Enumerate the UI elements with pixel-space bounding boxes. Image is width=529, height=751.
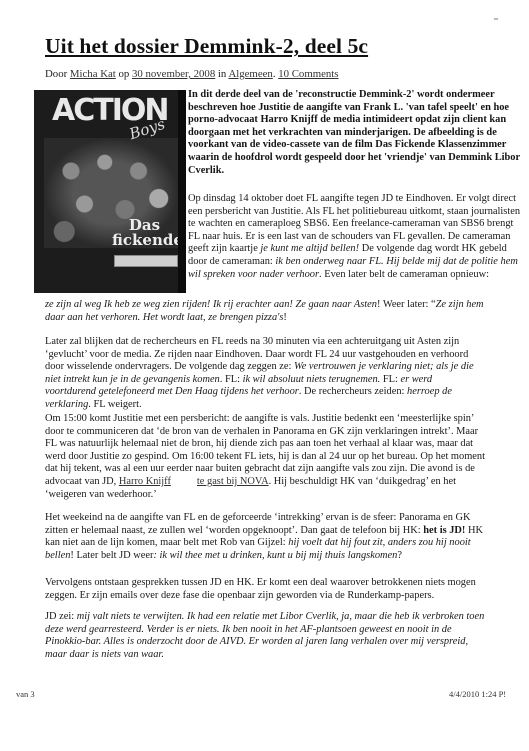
text: . De rechercheurs zeiden: (299, 386, 407, 397)
text: Het weekeind na de aangifte van FL en de… (45, 512, 471, 536)
article-intro: In dit derde deel van de 'reconstructie … (188, 89, 524, 177)
cover-film-title-line2: fickende (112, 233, 177, 248)
cover-banner (114, 255, 178, 267)
meta-op: op (118, 68, 129, 80)
paragraph-6: JD zei: mij valt niets te verwijten. Ik … (45, 611, 485, 661)
quote: : ik wil thee met u drinken, kunt u bij … (153, 550, 397, 561)
quote: ik wil absoluut niets terugnemen. (243, 374, 381, 385)
meta-in: in (218, 68, 226, 80)
meta-sep: . (273, 68, 276, 80)
paragraph-1: Op dinsdag 14 oktober doet FL aangifte t… (188, 193, 524, 281)
text: . FL weigert. (88, 399, 141, 410)
author-link[interactable]: Micha Kat (70, 68, 116, 80)
cover-image: ACTION Boys Das fickende (34, 90, 186, 293)
footer-page-count: van 3 (16, 689, 35, 699)
emphasis: het is JD! (423, 525, 465, 536)
text: ! (283, 312, 286, 323)
paragraph-5: Vervolgens ontstaan gesprekken tussen JD… (45, 577, 485, 602)
text: JD zei: (45, 611, 77, 622)
category-link[interactable]: Algemeen (228, 68, 272, 80)
paragraph-1-continued: ze zijn al weg Ik heb ze weg zien rijden… (45, 299, 485, 324)
text: . FL: (220, 374, 243, 385)
text: . Even later belt de cameraman opnieuw: (319, 269, 489, 280)
cover-film-title: Das fickende (112, 218, 177, 248)
gap (171, 476, 197, 487)
article-meta: Door Micha Kat op 30 november, 2008 in A… (45, 68, 339, 80)
text: ! Later belt JD weer (70, 550, 153, 561)
text: ! Weer later: “ (377, 299, 436, 310)
paragraph-4: Het weekeind na de aangifte van FL en de… (45, 512, 485, 562)
cover-edge (178, 90, 186, 293)
paragraph-2: Later zal blijken dat de rechercheurs en… (45, 336, 485, 412)
quote: mij valt niets te verwijten. Ik had een … (45, 611, 484, 660)
scan-artifact (494, 18, 498, 20)
quote: ze zijn al weg Ik heb ze weg zien rijden… (45, 299, 377, 310)
text: ? (397, 550, 402, 561)
comments-link[interactable]: 10 Comments (278, 68, 338, 80)
meta-prefix: Door (45, 68, 67, 80)
harro-knijff-link[interactable]: Harro Knijff (119, 476, 171, 487)
date-link[interactable]: 30 november, 2008 (132, 68, 215, 80)
scanned-page: Uit het dossier Demmink-2, deel 5c Door … (0, 0, 529, 751)
quote: je kunt me altijd bellen! (260, 243, 359, 254)
paragraph-3: Om 15:00 komt Justitie met een persberic… (45, 413, 485, 501)
footer-timestamp: 4/4/2010 1:24 P! (449, 689, 506, 699)
nova-link[interactable]: te gast bij NOVA (197, 476, 269, 487)
text: FL: (380, 374, 400, 385)
article-title[interactable]: Uit het dossier Demmink-2, deel 5c (45, 34, 368, 59)
